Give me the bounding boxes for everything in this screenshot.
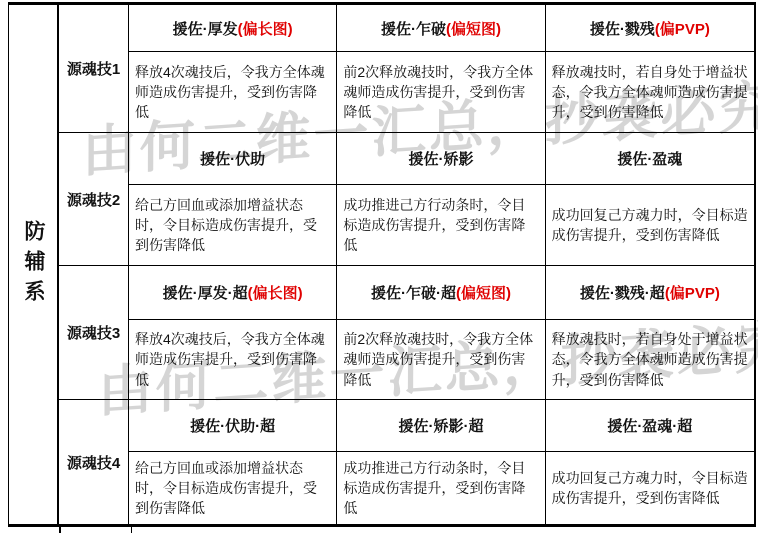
skill-title: 援佐·伏助·超 (190, 415, 275, 436)
skill-desc-s2c1: 给己方回血或添加增益状态时，令目标造成伤害提升，受到伤害降低 (129, 185, 337, 266)
skill-header-s2c2: 援佐·矫影 (337, 133, 545, 185)
next-section-gridline-stub (131, 527, 132, 533)
skill-desc-s3c2: 前2次释放魂技时，令我方全体魂师造成伤害提升，受到伤害降低 (337, 320, 545, 400)
page: 由何二维一汇总，抄袭必究 由何二维一汇总，抄袭必究 防辅系 源魂技1 源魂技2 … (0, 0, 758, 533)
row-label-source-skill-4: 源魂技4 (59, 400, 129, 524)
skill-title: 援佐·乍破·超 (371, 282, 456, 303)
skill-header-s3c2: 援佐·乍破·超(偏短图) (337, 266, 545, 320)
skill-desc-s3c1: 释放4次魂技后，令我方全体魂师造成伤害提升，受到伤害降低 (129, 320, 337, 400)
skill-desc-s2c2: 成功推进己方行动条时，令目标造成伤害提升，受到伤害降低 (337, 185, 545, 266)
desc-text: 成功回复己方魂力时，令目标造成伤害提升，受到伤害降低 (552, 468, 748, 509)
desc-text: 成功回复己方魂力时，令目标造成伤害提升，受到伤害降低 (552, 205, 748, 246)
skill-header-s1c1: 援佐·厚发(偏长图) (129, 5, 337, 52)
desc-text: 成功推进己方行动条时，令目标造成伤害提升，受到伤害降低 (343, 195, 538, 256)
skill-tag: (偏短图) (446, 18, 501, 39)
category-label: 防辅系 (9, 5, 59, 524)
desc-text: 成功推进己方行动条时，令目标造成伤害提升，受到伤害降低 (343, 458, 538, 519)
skill-tag: (偏长图) (248, 282, 303, 303)
skill-header-s3c3: 援佐·戮残·超(偏PVP) (546, 266, 754, 320)
skill-title: 援佐·乍破 (381, 18, 446, 39)
skill-header-s1c2: 援佐·乍破(偏短图) (337, 5, 545, 52)
desc-text: 释放4次魂技后，令我方全体魂师造成伤害提升，受到伤害降低 (135, 62, 330, 123)
desc-text: 给己方回血或添加增益状态时，令目标造成伤害提升，受到伤害降低 (135, 195, 330, 256)
row-label-source-skill-3: 源魂技3 (59, 266, 129, 400)
desc-text: 释放魂技时，若自身处于增益状态，令我方全体魂师造成伤害提升，受到伤害降低 (552, 329, 748, 390)
skill-header-s4c1: 援佐·伏助·超 (129, 400, 337, 452)
skill-desc-s1c3: 释放魂技时，若自身处于增益状态，令我方全体魂师造成伤害提升，受到伤害降低 (546, 52, 754, 133)
skill-title: 援佐·盈魂 (617, 148, 682, 169)
desc-text: 释放4次魂技后，令我方全体魂师造成伤害提升，受到伤害降低 (135, 329, 330, 390)
row-label-source-skill-1: 源魂技1 (59, 5, 129, 133)
skill-title: 援佐·矫影 (408, 148, 473, 169)
skill-desc-s4c3: 成功回复己方魂力时，令目标造成伤害提升，受到伤害降低 (546, 452, 754, 524)
skill-header-s2c3: 援佐·盈魂 (546, 133, 754, 185)
skill-header-s2c1: 援佐·伏助 (129, 133, 337, 185)
skill-tag: (偏PVP) (655, 18, 710, 39)
skill-title: 援佐·厚发·超 (163, 282, 248, 303)
desc-text: 给己方回血或添加增益状态时，令目标造成伤害提升，受到伤害降低 (135, 458, 330, 519)
next-section-gridline-stub (59, 527, 61, 533)
skill-table: 防辅系 源魂技1 源魂技2 源魂技3 源魂技4 援佐·厚发(偏长图) 援佐·乍破… (8, 2, 756, 527)
skill-header-s3c1: 援佐·厚发·超(偏长图) (129, 266, 337, 320)
desc-text: 前2次释放魂技时，令我方全体魂师造成伤害提升，受到伤害降低 (343, 62, 538, 123)
skill-desc-s2c3: 成功回复己方魂力时，令目标造成伤害提升，受到伤害降低 (546, 185, 754, 266)
skill-title: 援佐·矫影·超 (398, 415, 483, 436)
skill-desc-s4c2: 成功推进己方行动条时，令目标造成伤害提升，受到伤害降低 (337, 452, 545, 524)
skill-title: 援佐·厚发 (173, 18, 238, 39)
skill-header-s4c3: 援佐·盈魂·超 (546, 400, 754, 452)
skill-title: 援佐·盈魂·超 (607, 415, 692, 436)
skill-tag: (偏长图) (238, 18, 293, 39)
skill-desc-s1c2: 前2次释放魂技时，令我方全体魂师造成伤害提升，受到伤害降低 (337, 52, 545, 133)
skill-tag: (偏PVP) (665, 282, 720, 303)
skill-title: 援佐·伏助 (200, 148, 265, 169)
skill-header-s4c2: 援佐·矫影·超 (337, 400, 545, 452)
skill-desc-s3c3: 释放魂技时，若自身处于增益状态，令我方全体魂师造成伤害提升，受到伤害降低 (546, 320, 754, 400)
desc-text: 释放魂技时，若自身处于增益状态，令我方全体魂师造成伤害提升，受到伤害降低 (552, 62, 748, 123)
desc-text: 前2次释放魂技时，令我方全体魂师造成伤害提升，受到伤害降低 (343, 329, 538, 390)
row-label-source-skill-2: 源魂技2 (59, 133, 129, 266)
skill-header-s1c3: 援佐·戮残(偏PVP) (546, 5, 754, 52)
skill-desc-s4c1: 给己方回血或添加增益状态时，令目标造成伤害提升，受到伤害降低 (129, 452, 337, 524)
skill-tag: (偏短图) (456, 282, 511, 303)
skill-title: 援佐·戮残·超 (580, 282, 665, 303)
skill-title: 援佐·戮残 (590, 18, 655, 39)
skill-desc-s1c1: 释放4次魂技后，令我方全体魂师造成伤害提升，受到伤害降低 (129, 52, 337, 133)
